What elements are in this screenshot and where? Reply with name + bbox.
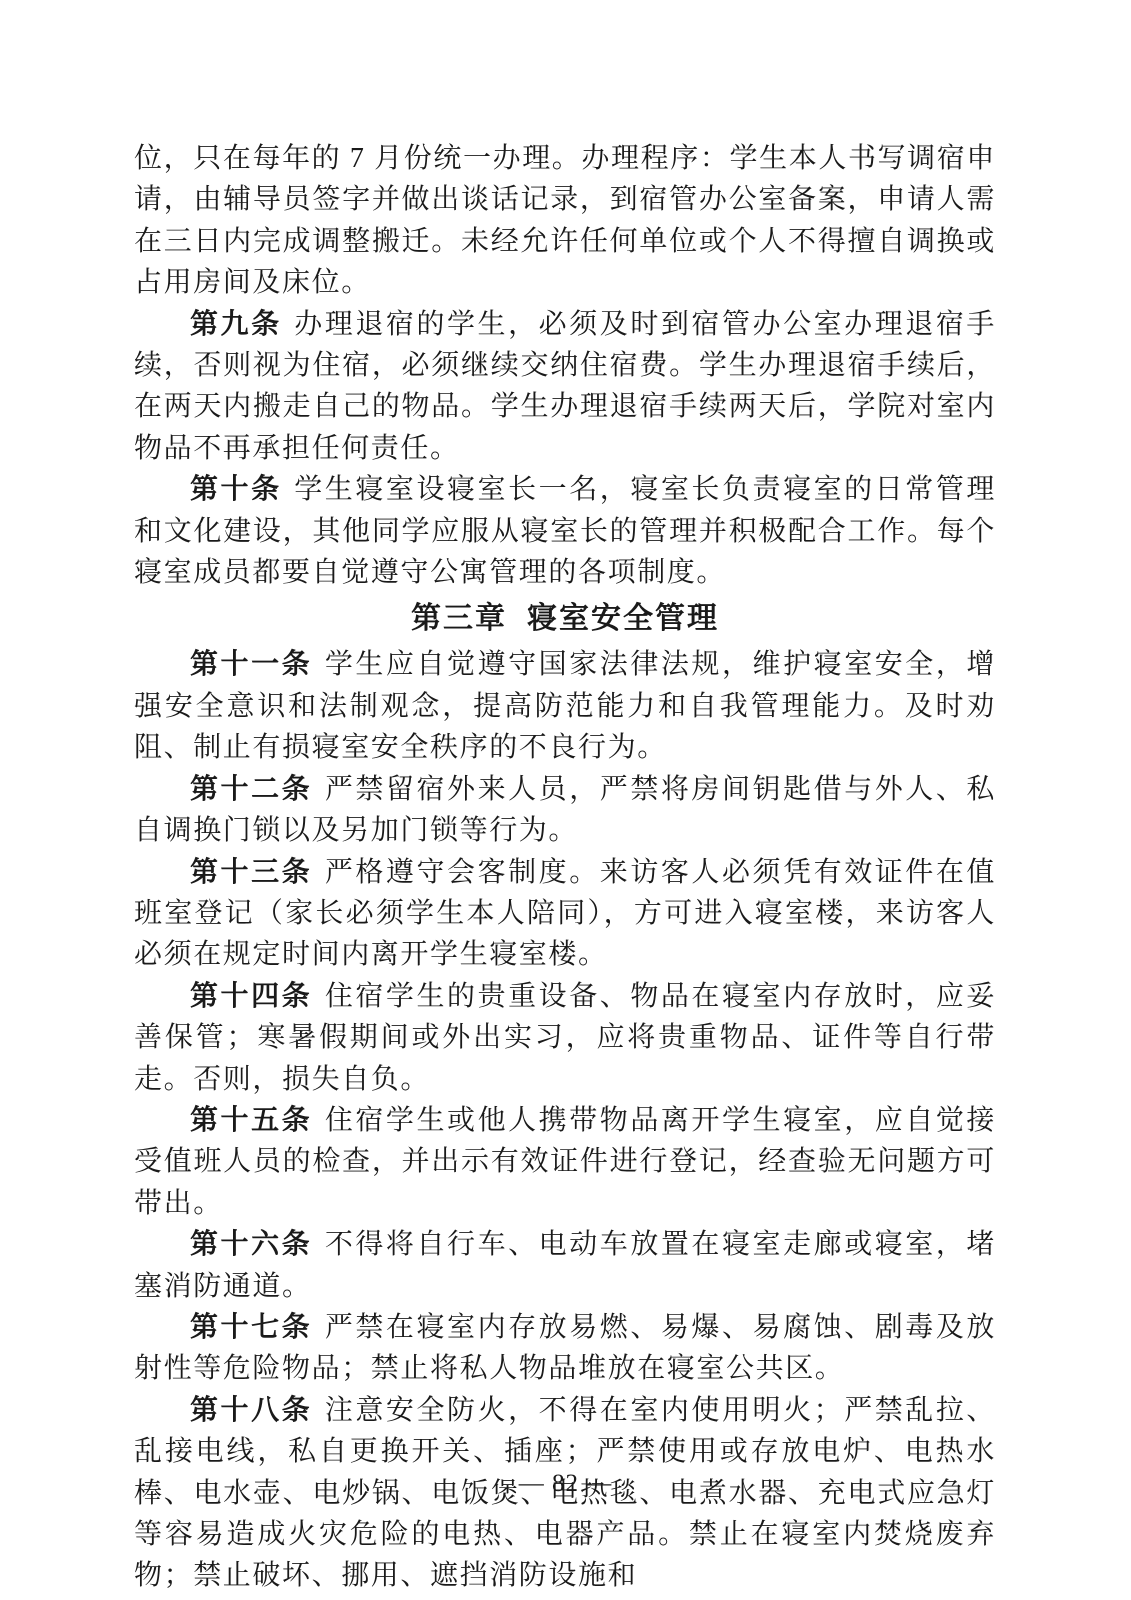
article-number-label: 第十四条	[190, 981, 312, 1012]
article-number-label: 第十五条	[190, 1105, 312, 1136]
article-number-label: 第九条	[190, 309, 282, 340]
article-number-label: 第十三条	[190, 857, 312, 888]
page-footer: — 82 —	[0, 1470, 1131, 1498]
page-number: — 82 —	[519, 1470, 613, 1497]
article-number-label: 第十二条	[190, 774, 312, 805]
paragraph-article-17: 第十七条严禁在寝室内存放易燃、易爆、易腐蚀、剧毒及放射性等危险物品；禁止将私人物…	[134, 1307, 996, 1390]
article-number-label: 第十六条	[190, 1229, 312, 1260]
paragraph-article-10: 第十条学生寝室设寝室长一名，寝室长负责寝室的日常管理和文化建设，其他同学应服从寝…	[134, 469, 996, 593]
article-number-label: 第十七条	[190, 1312, 312, 1343]
paragraph-article-16: 第十六条不得将自行车、电动车放置在寝室走廊或寝室，堵塞消防通道。	[134, 1224, 996, 1307]
document-body: 位，只在每年的 7 月份统一办理。办理程序：学生本人书写调宿申请，由辅导员签字并…	[134, 138, 996, 1597]
paragraph-article-12: 第十二条严禁留宿外来人员，严禁将房间钥匙借与外人、私自调换门锁以及另加门锁等行为…	[134, 769, 996, 852]
article-number-label: 第十一条	[190, 649, 312, 680]
paragraph-article-14: 第十四条住宿学生的贵重设备、物品在寝室内存放时，应妥善保管；寒暑假期间或外出实习…	[134, 976, 996, 1100]
paragraph-article-9: 第九条办理退宿的学生，必须及时到宿管办公室办理退宿手续，否则视为住宿，必须继续交…	[134, 304, 996, 470]
chapter-heading: 第三章 寝室安全管理	[134, 596, 996, 641]
paragraph-article-15: 第十五条住宿学生或他人携带物品离开学生寝室，应自觉接受值班人员的检查，并出示有效…	[134, 1100, 996, 1224]
article-number-label: 第十条	[190, 474, 282, 505]
article-number-label: 第十八条	[190, 1395, 312, 1426]
paragraph-continuation: 位，只在每年的 7 月份统一办理。办理程序：学生本人书写调宿申请，由辅导员签字并…	[134, 138, 996, 304]
paragraph-article-11: 第十一条学生应自觉遵守国家法律法规，维护寝室安全，增强安全意识和法制观念，提高防…	[134, 644, 996, 768]
paragraph-text: 位，只在每年的 7 月份统一办理。办理程序：学生本人书写调宿申请，由辅导员签字并…	[134, 143, 996, 298]
document-page: 位，只在每年的 7 月份统一办理。办理程序：学生本人书写调宿申请，由辅导员签字并…	[0, 0, 1131, 1600]
paragraph-article-13: 第十三条严格遵守会客制度。来访客人必须凭有效证件在值班室登记（家长必须学生本人陪…	[134, 852, 996, 976]
